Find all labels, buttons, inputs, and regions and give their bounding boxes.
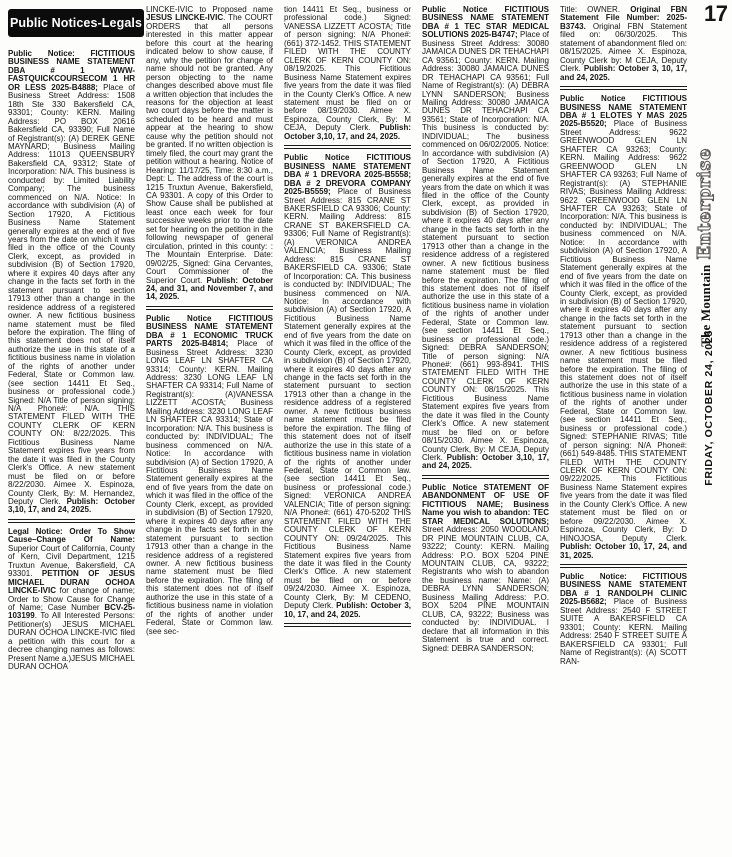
fbn-statement-continuation: tion 14411 Et Seq., business or professi… bbox=[284, 6, 411, 141]
newspaper-legals-page: Public Notices-Legals Public Notice: FIC… bbox=[0, 0, 732, 857]
fbn-statement-notice: Public Notice FICTITIOUS BUSINESS NAME S… bbox=[422, 6, 549, 471]
fbn-statement-notice: Public Notice FICTITIOUS BUSINESS NAME S… bbox=[284, 154, 411, 619]
notice-divider bbox=[284, 623, 411, 627]
masthead-vertical: The MountainEnterprise bbox=[694, 148, 715, 347]
notice-divider bbox=[422, 475, 549, 479]
fbn-statement-notice: Public Notice: FICTITIOUS BUSINESS NAME … bbox=[560, 573, 687, 666]
order-to-show-cause-notice: Legal Notice: Order To Show Cause–Change… bbox=[8, 528, 135, 672]
section-title: Public Notices-Legals bbox=[10, 16, 142, 30]
newspaper-column-1: Public Notice: FICTITIOUS BUSINESS NAME … bbox=[8, 50, 135, 851]
fbn-statement-notice: Public Notice FICTITIOUS BUSINESS NAME S… bbox=[146, 315, 273, 636]
abandonment-continuation: Title: OWNER. Original FBN Statement Fil… bbox=[560, 6, 687, 82]
abandonment-notice: Public Notice STATEMENT OF ABANDONMENT O… bbox=[422, 484, 549, 653]
fbn-statement-notice: Public Notice: FICTITIOUS BUSINESS NAME … bbox=[8, 50, 135, 515]
masthead-logo: Enterprise bbox=[694, 148, 715, 260]
notice-divider bbox=[146, 306, 273, 310]
newspaper-column-4: Public Notice FICTITIOUS BUSINESS NAME S… bbox=[422, 6, 549, 851]
page-number: 17 bbox=[704, 1, 727, 27]
notice-divider bbox=[560, 86, 687, 90]
newspaper-column-5: Title: OWNER. Original FBN Statement Fil… bbox=[560, 6, 687, 851]
newspaper-column-3: tion 14411 Et Seq., business or professi… bbox=[284, 6, 411, 851]
notice-divider bbox=[560, 564, 687, 568]
order-to-show-cause-continuation: LINCKE-IVIC to Proposed name JESUS LINCK… bbox=[146, 6, 273, 302]
notice-divider bbox=[8, 519, 135, 523]
fbn-statement-notice: Public Notice FICTITIOUS BUSINESS NAME S… bbox=[560, 95, 687, 560]
newspaper-column-2: LINCKE-IVIC to Proposed name JESUS LINCK… bbox=[146, 6, 273, 851]
edition-date-vertical: FRIDAY, OCTOBER 24, 2025 bbox=[703, 330, 715, 486]
section-header-bar: Public Notices-Legals bbox=[8, 9, 144, 37]
notice-divider bbox=[284, 145, 411, 149]
